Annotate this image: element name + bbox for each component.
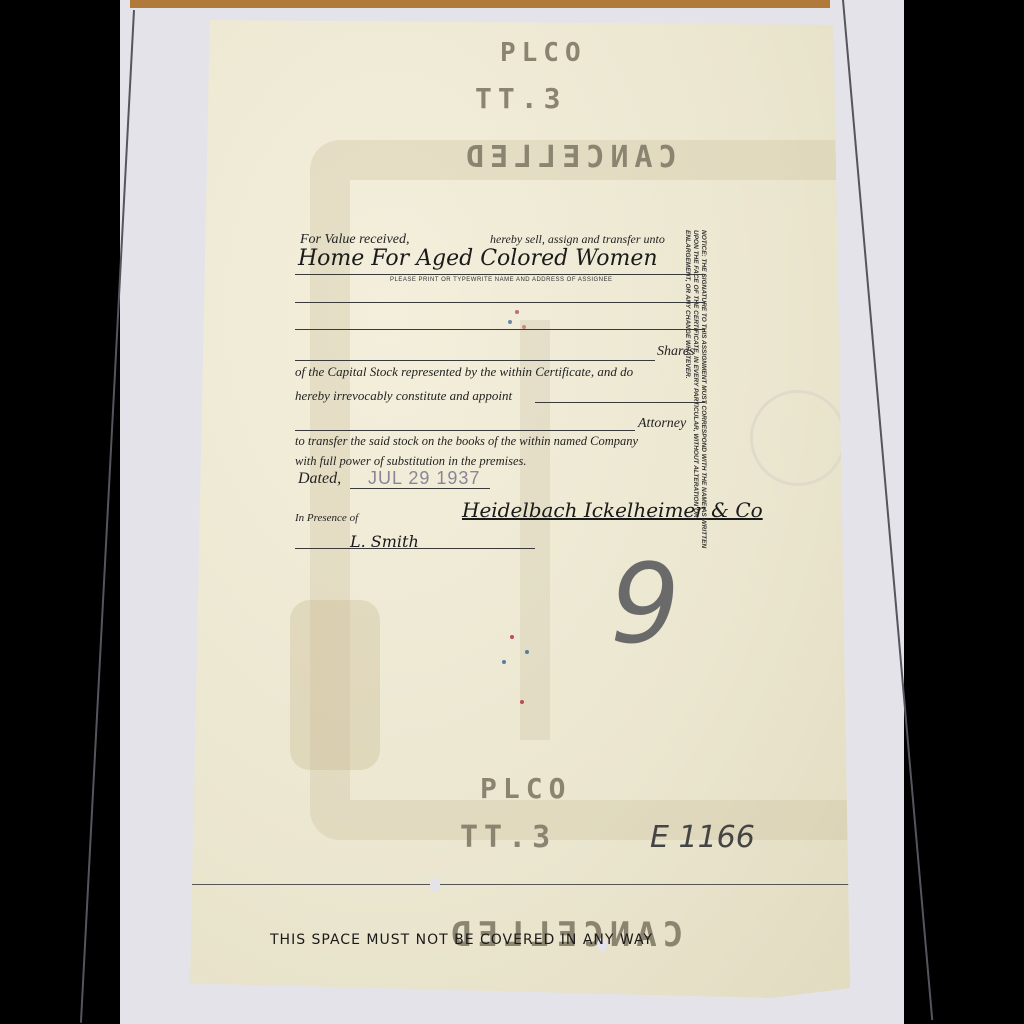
colored-dot [522,325,526,329]
assign-transfer-label: hereby sell, assign and transfer unto [490,232,665,247]
attorney-line [295,430,635,431]
date-stamp: JUL 29 1937 [368,468,480,489]
address-line-2 [295,329,705,330]
perforation-cancel-top-2: TT.3 [475,82,566,115]
assignee-caption: PLEASE PRINT OR TYPEWRITE NAME AND ADDRE… [390,277,613,283]
colored-dot [508,320,512,324]
signature-notice: NOTICE: THE SIGNATURE TO THIS ASSIGNMENT… [683,230,707,560]
perforation-top-row2: TT.3 [475,82,566,115]
folder-top-edge [130,0,830,8]
colored-dot [515,310,519,314]
punch-hole [430,878,440,892]
pencil-number: 9 [610,540,680,668]
witness-line [295,548,535,549]
perforation-top-row3: CANCELLED [460,140,677,175]
address-line-1 [295,302,705,303]
substitution-text: with full power of substitution in the p… [295,454,527,469]
perforation-cancel-bottom: PLCO [480,772,571,805]
in-presence-of-label: In Presence of [295,512,358,524]
colored-dot [525,650,529,654]
perforation-top-row1: PLCO [500,38,587,68]
colored-dot [520,700,524,704]
appoint-text: hereby irrevocably constitute and appoin… [295,388,512,404]
perforation-cancel-bottom-2: TT.3 [460,820,556,855]
perforation-bottom-row2: TT.3 [460,820,556,855]
embossed-seal [750,390,846,486]
colored-dot [502,660,506,664]
dated-label: Dated, [298,470,341,488]
appoint-line [535,402,705,403]
shares-line [295,360,655,361]
perforation-bottom-row1: PLCO [480,772,571,805]
assignee-handwritten: Home For Aged Colored Women [298,246,658,271]
capital-stock-text: of the Capital Stock represented by the … [295,364,633,380]
bottom-rule [190,884,850,885]
footer-warning: THIS SPACE MUST NOT BE COVERED IN ANY WA… [270,932,653,948]
perforation-cancel-top: PLCO [500,38,587,68]
pencil-reference: E 1166 [650,820,755,855]
colored-dot [510,635,514,639]
stock-certificate-reverse: PLCO TT.3 CANCELLED For Value received, … [190,20,850,998]
transfer-text: to transfer the said stock on the books … [295,434,638,449]
show-through-vignette [290,600,380,770]
show-through-column [520,320,550,740]
assignee-line [295,274,705,275]
company-signature: Heidelbach Ickelheimer & Co [462,498,763,522]
attorney-label: Attorney [638,416,686,432]
perforation-cancel-top-3: CANCELLED [460,140,677,175]
